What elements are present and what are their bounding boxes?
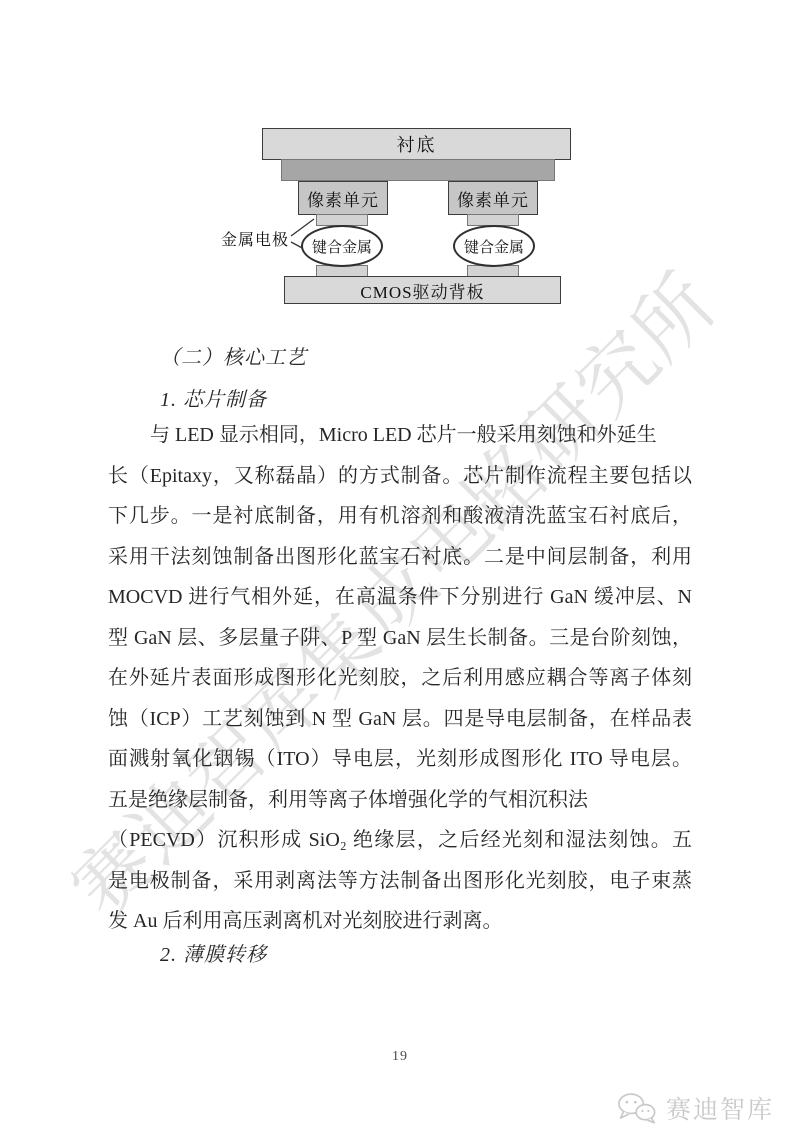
brand-name: 赛迪智库 (666, 1090, 774, 1126)
body-line: 面溅射氧化铟锡（ITO）导电层，光刻形成图形化 ITO 导电层。 (108, 739, 692, 780)
body-line: 与 LED 显示相同，Micro LED 芯片一般采用刻蚀和外延生 (108, 415, 692, 456)
body-line: 采用干法刻蚀制备出图形化蓝宝石衬底。二是中间层制备，利用 (108, 537, 692, 578)
body-line: 是电极制备，采用剥离法等方法制备出图形化光刻胶，电子束蒸 (108, 861, 692, 902)
subsection-heading-film-transfer: 2. 薄膜转移 (160, 938, 660, 967)
body-line: 五是绝缘层制备，利用等离子体增强化学的气相沉积法 (108, 780, 692, 821)
bonding-metal-ellipse-right: 键合金属 (453, 225, 535, 267)
paragraph-chip-fabrication: 与 LED 显示相同，Micro LED 芯片一般采用刻蚀和外延生长（Epita… (108, 415, 692, 942)
leader-lines (200, 118, 600, 318)
device-structure-diagram: 衬底 像素单元 像素单元 键合金属 键合金属 CMOS驱动背板 金属电极 (0, 0, 800, 330)
page-number: 19 (0, 1049, 800, 1065)
body-line: 发 Au 后利用高压剥离机对光刻胶进行剥离。 (108, 901, 692, 942)
body-line: 下几步。一是衬底制备，用有机溶剂和酸液清洗蓝宝石衬底后， (108, 496, 692, 537)
section-heading: （二）核心工艺 (160, 341, 660, 370)
body-line: 在外延片表面形成图形化光刻胶，之后利用感应耦合等离子体刻 (108, 658, 692, 699)
brand-footer: 赛迪智库 (616, 1090, 774, 1126)
body-line: 长（Epitaxy，又称磊晶）的方式制备。芯片制作流程主要包括以 (108, 456, 692, 497)
document-page: 赛迪智库集成电路研究所 衬底 像素单元 像素单元 键合金属 键合金属 CMOS驱… (0, 0, 800, 1139)
body-line: 蚀（ICP）工艺刻蚀到 N 型 GaN 层。四是导电层制备，在样品表 (108, 699, 692, 740)
body-line: 型 GaN 层、多层量子阱、P 型 GaN 层生长制备。三是台阶刻蚀， (108, 618, 692, 659)
bonding-metal-ellipse-left: 键合金属 (301, 225, 383, 267)
wechat-icon (616, 1092, 658, 1124)
body-line: （PECVD）沉积形成 SiO₂ 绝缘层，之后经光刻和湿法刻蚀。五 (108, 820, 692, 861)
subsection-heading-chip: 1. 芯片制备 (160, 383, 660, 412)
body-line: MOCVD 进行气相外延，在高温条件下分别进行 GaN 缓冲层、N (108, 577, 692, 618)
